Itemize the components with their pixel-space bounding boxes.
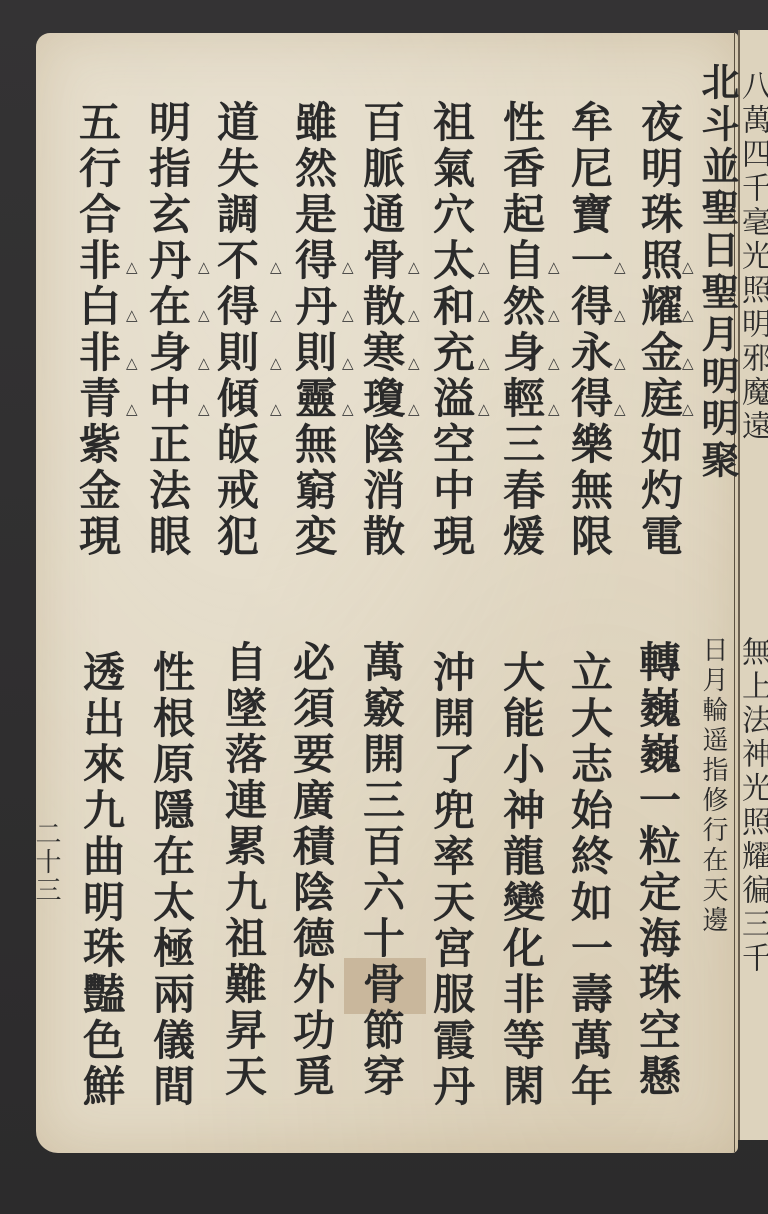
marker-triangle: △: [614, 354, 626, 372]
marker-triangle: △: [478, 354, 490, 372]
marker-triangle: △: [682, 400, 694, 418]
text-column-top-6: 百脈通骨散寒瓊陰消散: [360, 100, 402, 560]
marker-triangle: △: [126, 306, 138, 324]
marker-triangle: △: [126, 400, 138, 418]
text-column-top-9: 明指玄丹在身中正法眼: [146, 100, 188, 560]
text-column-bottom-3: 大能小神龍變化非等閑: [500, 650, 542, 1110]
marker-triangle: △: [126, 354, 138, 372]
marker-triangle: △: [614, 258, 626, 276]
gutter-column-top: 八萬四千毫光照明邪魔遠: [738, 70, 768, 444]
marker-triangle: △: [682, 306, 694, 324]
text-column-top-10: 五行合非白非青紫金現: [76, 100, 118, 560]
text-column-bottom-1: 轉巍巍一粒定海珠空懸: [636, 640, 678, 1100]
marker-triangle: △: [270, 400, 282, 418]
text-column-bottom-4: 沖開了兜率天宮服霞丹: [430, 650, 472, 1110]
marker-triangle: △: [548, 306, 560, 324]
text-column-bottom-9: 透出來九曲明珠豔色鮮: [80, 650, 122, 1110]
marker-triangle: △: [270, 354, 282, 372]
marker-triangle: △: [614, 400, 626, 418]
marker-triangle: △: [548, 258, 560, 276]
marker-triangle: △: [682, 258, 694, 276]
marker-triangle: △: [198, 306, 210, 324]
marker-triangle: △: [198, 400, 210, 418]
text-column-bottom-5: 萬竅開三百六十骨節穿: [360, 640, 402, 1100]
marker-triangle: △: [614, 306, 626, 324]
text-column-top-4: 性香起自然身輕三春煖: [500, 100, 542, 560]
text-column-bottom-6: 必須要廣積陰德外功覓: [290, 640, 332, 1100]
marker-triangle: △: [198, 258, 210, 276]
marker-triangle: △: [408, 400, 420, 418]
marker-triangle: △: [342, 306, 354, 324]
marker-triangle: △: [548, 354, 560, 372]
marker-triangle: △: [478, 400, 490, 418]
text-column-bottom-small: 日月輪遥指修行在天邊: [700, 636, 726, 936]
marker-triangle: △: [342, 400, 354, 418]
marker-triangle: △: [342, 354, 354, 372]
marker-triangle: △: [548, 400, 560, 418]
marker-triangle: △: [408, 354, 420, 372]
marker-triangle: △: [270, 306, 282, 324]
marker-triangle: △: [478, 306, 490, 324]
text-column-top-1: 北斗並聖日聖月明明聚: [698, 62, 736, 482]
page-number: 二十三: [28, 820, 65, 904]
text-column-bottom-7: 自墜落連累九祖難昇天: [222, 640, 264, 1100]
marker-triangle: △: [126, 258, 138, 276]
marker-triangle: △: [408, 258, 420, 276]
marker-triangle: △: [478, 258, 490, 276]
text-column-bottom-8: 性根原隱在太極兩儀間: [150, 650, 192, 1110]
text-column-top-2: 夜明珠照耀金庭如灼電: [638, 100, 680, 560]
marker-triangle: △: [682, 354, 694, 372]
text-column-top-5: 祖氣穴太和充溢空中現: [430, 100, 472, 560]
text-column-top-8: 道失調不得則傾皈戒犯: [214, 100, 256, 560]
text-column-top-7: 雖然是得丹則靈無窮変: [292, 100, 334, 560]
text-column-bottom-2: 立大志始終如一壽萬年: [568, 650, 610, 1110]
marker-triangle: △: [198, 354, 210, 372]
marker-triangle: △: [342, 258, 354, 276]
marker-triangle: △: [270, 258, 282, 276]
text-column-top-3: 牟尼寶一得永得樂無限: [568, 100, 610, 560]
gutter-column-bottom: 無上法神光照耀徧三千: [738, 636, 768, 976]
marker-triangle: △: [408, 306, 420, 324]
